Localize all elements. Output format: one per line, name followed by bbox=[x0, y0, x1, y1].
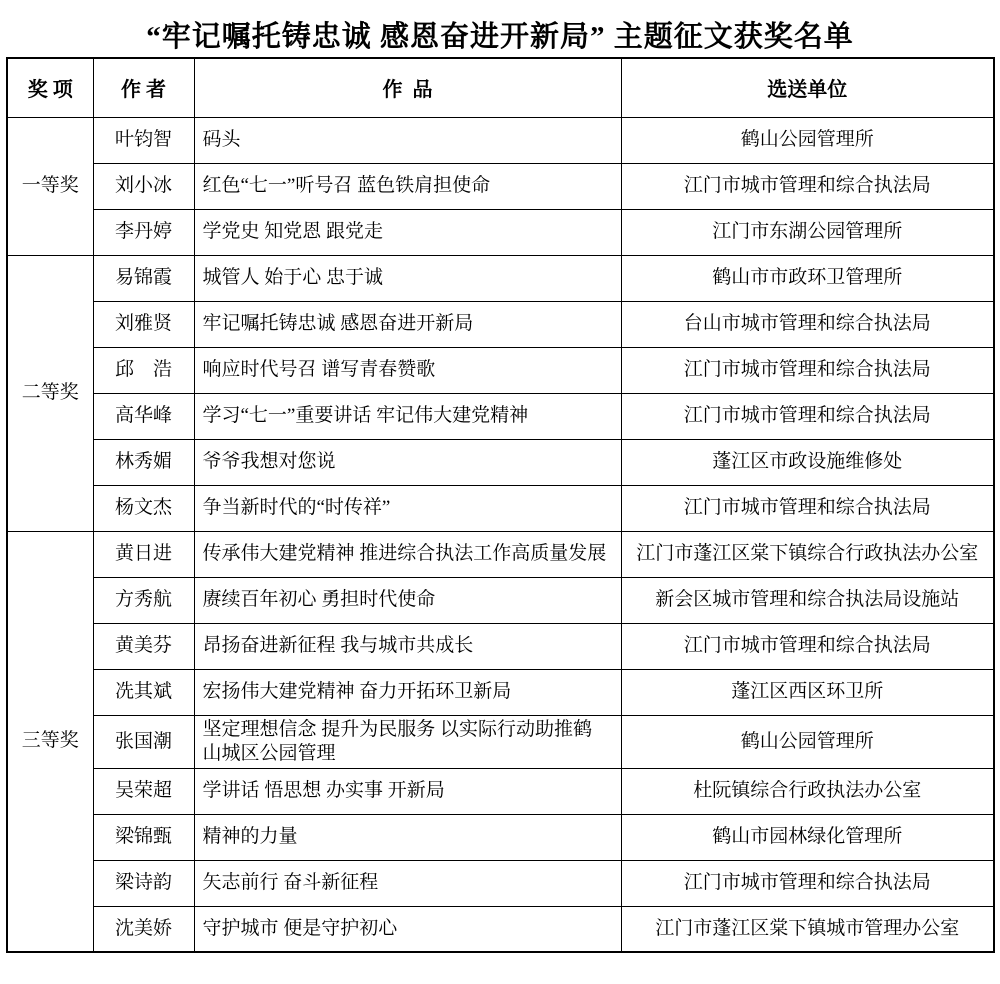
unit-cell: 江门市城市管理和综合执法局 bbox=[621, 623, 994, 669]
author-cell: 邱 浩 bbox=[93, 347, 194, 393]
author-cell: 杨文杰 bbox=[93, 485, 194, 531]
work-cell: 爷爷我想对您说 bbox=[194, 439, 621, 485]
author-cell: 沈美娇 bbox=[93, 906, 194, 952]
table-row: 李丹婷学党史 知党恩 跟党走江门市东湖公园管理所 bbox=[7, 209, 994, 255]
header-unit: 选送单位 bbox=[621, 58, 994, 117]
unit-cell: 蓬江区市政设施维修处 bbox=[621, 439, 994, 485]
author-cell: 易锦霞 bbox=[93, 255, 194, 301]
awards-table-body: 一等奖叶钧智码头鹤山公园管理所刘小冰红色“七一”听号召 蓝色铁肩担使命江门市城市… bbox=[7, 117, 994, 952]
work-cell: 传承伟大建党精神 推进综合执法工作高质量发展 bbox=[194, 531, 621, 577]
unit-cell: 江门市蓬江区棠下镇城市管理办公室 bbox=[621, 906, 994, 952]
work-cell: 赓续百年初心 勇担时代使命 bbox=[194, 577, 621, 623]
work-cell: 码头 bbox=[194, 117, 621, 163]
author-cell: 林秀媚 bbox=[93, 439, 194, 485]
awards-table: 奖 项 作 者 作 品 选送单位 一等奖叶钧智码头鹤山公园管理所刘小冰红色“七一… bbox=[6, 57, 995, 953]
unit-cell: 江门市蓬江区棠下镇综合行政执法办公室 bbox=[621, 531, 994, 577]
unit-cell: 鹤山市市政环卫管理所 bbox=[621, 255, 994, 301]
unit-cell: 鹤山市园林绿化管理所 bbox=[621, 814, 994, 860]
author-cell: 张国潮 bbox=[93, 715, 194, 768]
author-cell: 高华峰 bbox=[93, 393, 194, 439]
table-row: 张国潮坚定理想信念 提升为民服务 以实际行动助推鹤山城区公园管理鹤山公园管理所 bbox=[7, 715, 994, 768]
table-row: 刘小冰红色“七一”听号召 蓝色铁肩担使命江门市城市管理和综合执法局 bbox=[7, 163, 994, 209]
author-cell: 刘雅贤 bbox=[93, 301, 194, 347]
unit-cell: 鹤山公园管理所 bbox=[621, 117, 994, 163]
award-group-cell: 三等奖 bbox=[7, 531, 93, 952]
header-work: 作 品 bbox=[194, 58, 621, 117]
work-cell: 学习“七一”重要讲话 牢记伟大建党精神 bbox=[194, 393, 621, 439]
table-row: 梁锦甄精神的力量鹤山市园林绿化管理所 bbox=[7, 814, 994, 860]
table-row: 二等奖易锦霞城管人 始于心 忠于诚鹤山市市政环卫管理所 bbox=[7, 255, 994, 301]
document-title: “牢记嘱托铸忠诚 感恩奋进开新局” 主题征文获奖名单 bbox=[0, 0, 1000, 57]
work-cell: 学党史 知党恩 跟党走 bbox=[194, 209, 621, 255]
unit-cell: 鹤山公园管理所 bbox=[621, 715, 994, 768]
document-page: “牢记嘱托铸忠诚 感恩奋进开新局” 主题征文获奖名单 奖 项 作 者 作 品 选… bbox=[0, 0, 1000, 984]
author-cell: 刘小冰 bbox=[93, 163, 194, 209]
work-cell: 牢记嘱托铸忠诚 感恩奋进开新局 bbox=[194, 301, 621, 347]
unit-cell: 江门市城市管理和综合执法局 bbox=[621, 485, 994, 531]
work-cell: 守护城市 便是守护初心 bbox=[194, 906, 621, 952]
work-cell: 精神的力量 bbox=[194, 814, 621, 860]
unit-cell: 江门市城市管理和综合执法局 bbox=[621, 163, 994, 209]
award-group-cell: 一等奖 bbox=[7, 117, 93, 255]
work-cell: 争当新时代的“时传祥” bbox=[194, 485, 621, 531]
header-author: 作 者 bbox=[93, 58, 194, 117]
author-cell: 方秀航 bbox=[93, 577, 194, 623]
table-row: 邱 浩响应时代号召 谱写青春赞歌江门市城市管理和综合执法局 bbox=[7, 347, 994, 393]
author-cell: 叶钧智 bbox=[93, 117, 194, 163]
author-cell: 梁诗韵 bbox=[93, 860, 194, 906]
work-cell: 城管人 始于心 忠于诚 bbox=[194, 255, 621, 301]
table-row: 林秀媚爷爷我想对您说蓬江区市政设施维修处 bbox=[7, 439, 994, 485]
work-cell: 响应时代号召 谱写青春赞歌 bbox=[194, 347, 621, 393]
work-cell: 宏扬伟大建党精神 奋力开拓环卫新局 bbox=[194, 669, 621, 715]
unit-cell: 江门市城市管理和综合执法局 bbox=[621, 347, 994, 393]
table-header: 奖 项 作 者 作 品 选送单位 bbox=[7, 58, 994, 117]
author-cell: 吴荣超 bbox=[93, 768, 194, 814]
author-cell: 李丹婷 bbox=[93, 209, 194, 255]
work-cell: 学讲话 悟思想 办实事 开新局 bbox=[194, 768, 621, 814]
work-cell: 红色“七一”听号召 蓝色铁肩担使命 bbox=[194, 163, 621, 209]
table-row: 冼其斌宏扬伟大建党精神 奋力开拓环卫新局蓬江区西区环卫所 bbox=[7, 669, 994, 715]
table-row: 杨文杰争当新时代的“时传祥”江门市城市管理和综合执法局 bbox=[7, 485, 994, 531]
work-cell: 矢志前行 奋斗新征程 bbox=[194, 860, 621, 906]
unit-cell: 新会区城市管理和综合执法局设施站 bbox=[621, 577, 994, 623]
unit-cell: 江门市东湖公园管理所 bbox=[621, 209, 994, 255]
header-award: 奖 项 bbox=[7, 58, 93, 117]
unit-cell: 江门市城市管理和综合执法局 bbox=[621, 860, 994, 906]
table-row: 方秀航赓续百年初心 勇担时代使命新会区城市管理和综合执法局设施站 bbox=[7, 577, 994, 623]
work-cell: 昂扬奋进新征程 我与城市共成长 bbox=[194, 623, 621, 669]
table-row: 刘雅贤牢记嘱托铸忠诚 感恩奋进开新局台山市城市管理和综合执法局 bbox=[7, 301, 994, 347]
award-group-cell: 二等奖 bbox=[7, 255, 93, 531]
unit-cell: 江门市城市管理和综合执法局 bbox=[621, 393, 994, 439]
author-cell: 黄美芬 bbox=[93, 623, 194, 669]
work-cell: 坚定理想信念 提升为民服务 以实际行动助推鹤山城区公园管理 bbox=[194, 715, 621, 768]
author-cell: 冼其斌 bbox=[93, 669, 194, 715]
author-cell: 黄日进 bbox=[93, 531, 194, 577]
author-cell: 梁锦甄 bbox=[93, 814, 194, 860]
unit-cell: 蓬江区西区环卫所 bbox=[621, 669, 994, 715]
table-row: 沈美娇守护城市 便是守护初心江门市蓬江区棠下镇城市管理办公室 bbox=[7, 906, 994, 952]
table-row: 吴荣超学讲话 悟思想 办实事 开新局杜阮镇综合行政执法办公室 bbox=[7, 768, 994, 814]
header-row: 奖 项 作 者 作 品 选送单位 bbox=[7, 58, 994, 117]
table-row: 黄美芬昂扬奋进新征程 我与城市共成长江门市城市管理和综合执法局 bbox=[7, 623, 994, 669]
table-row: 高华峰学习“七一”重要讲话 牢记伟大建党精神江门市城市管理和综合执法局 bbox=[7, 393, 994, 439]
table-row: 一等奖叶钧智码头鹤山公园管理所 bbox=[7, 117, 994, 163]
unit-cell: 杜阮镇综合行政执法办公室 bbox=[621, 768, 994, 814]
unit-cell: 台山市城市管理和综合执法局 bbox=[621, 301, 994, 347]
table-row: 梁诗韵矢志前行 奋斗新征程江门市城市管理和综合执法局 bbox=[7, 860, 994, 906]
table-row: 三等奖黄日进传承伟大建党精神 推进综合执法工作高质量发展江门市蓬江区棠下镇综合行… bbox=[7, 531, 994, 577]
